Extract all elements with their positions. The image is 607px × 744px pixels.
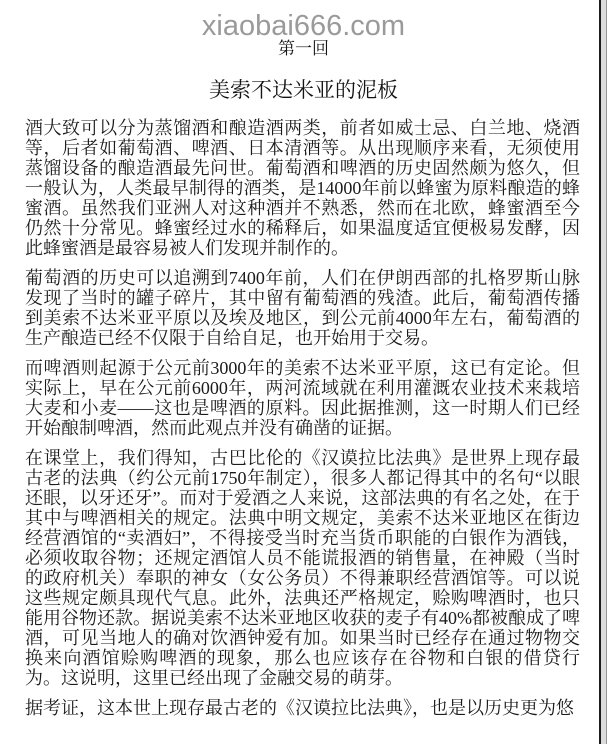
- paragraph-2: 葡萄酒的历史可以追溯到7400年前，人们在伊朗西部的扎格罗斯山脉发现了当时的罐子…: [25, 268, 580, 348]
- chapter-label: 第一回: [0, 40, 607, 57]
- paragraph-1: 酒大致可以分为蒸馏酒和酿造酒两类，前者如威士忌、白兰地、烧酒等，后者如葡萄酒、啤…: [25, 118, 580, 258]
- site-watermark: xiaobai666.com: [0, 0, 607, 41]
- paragraph-4: 在课堂上，我们得知，古巴比伦的《汉谟拉比法典》是世界上现存最古老的法典（约公元前…: [25, 448, 580, 688]
- chapter-title: 美索不达米亚的泥板: [0, 79, 607, 101]
- ebook-page: xiaobai666.com 第一回 美索不达米亚的泥板 酒大致可以分为蒸馏酒和…: [0, 0, 607, 744]
- chapter-body: 酒大致可以分为蒸馏酒和酿造酒两类，前者如威士忌、白兰地、烧酒等，后者如葡萄酒、啤…: [25, 118, 580, 718]
- paragraph-5: 据考证，这本世上现存最古老的《汉谟拉比法典》，也是以历史更为悠: [25, 698, 580, 718]
- paragraph-3: 而啤酒则起源于公元前3000年的美索不达米亚平原，这已有定论。但实际上，早在公元…: [25, 358, 580, 438]
